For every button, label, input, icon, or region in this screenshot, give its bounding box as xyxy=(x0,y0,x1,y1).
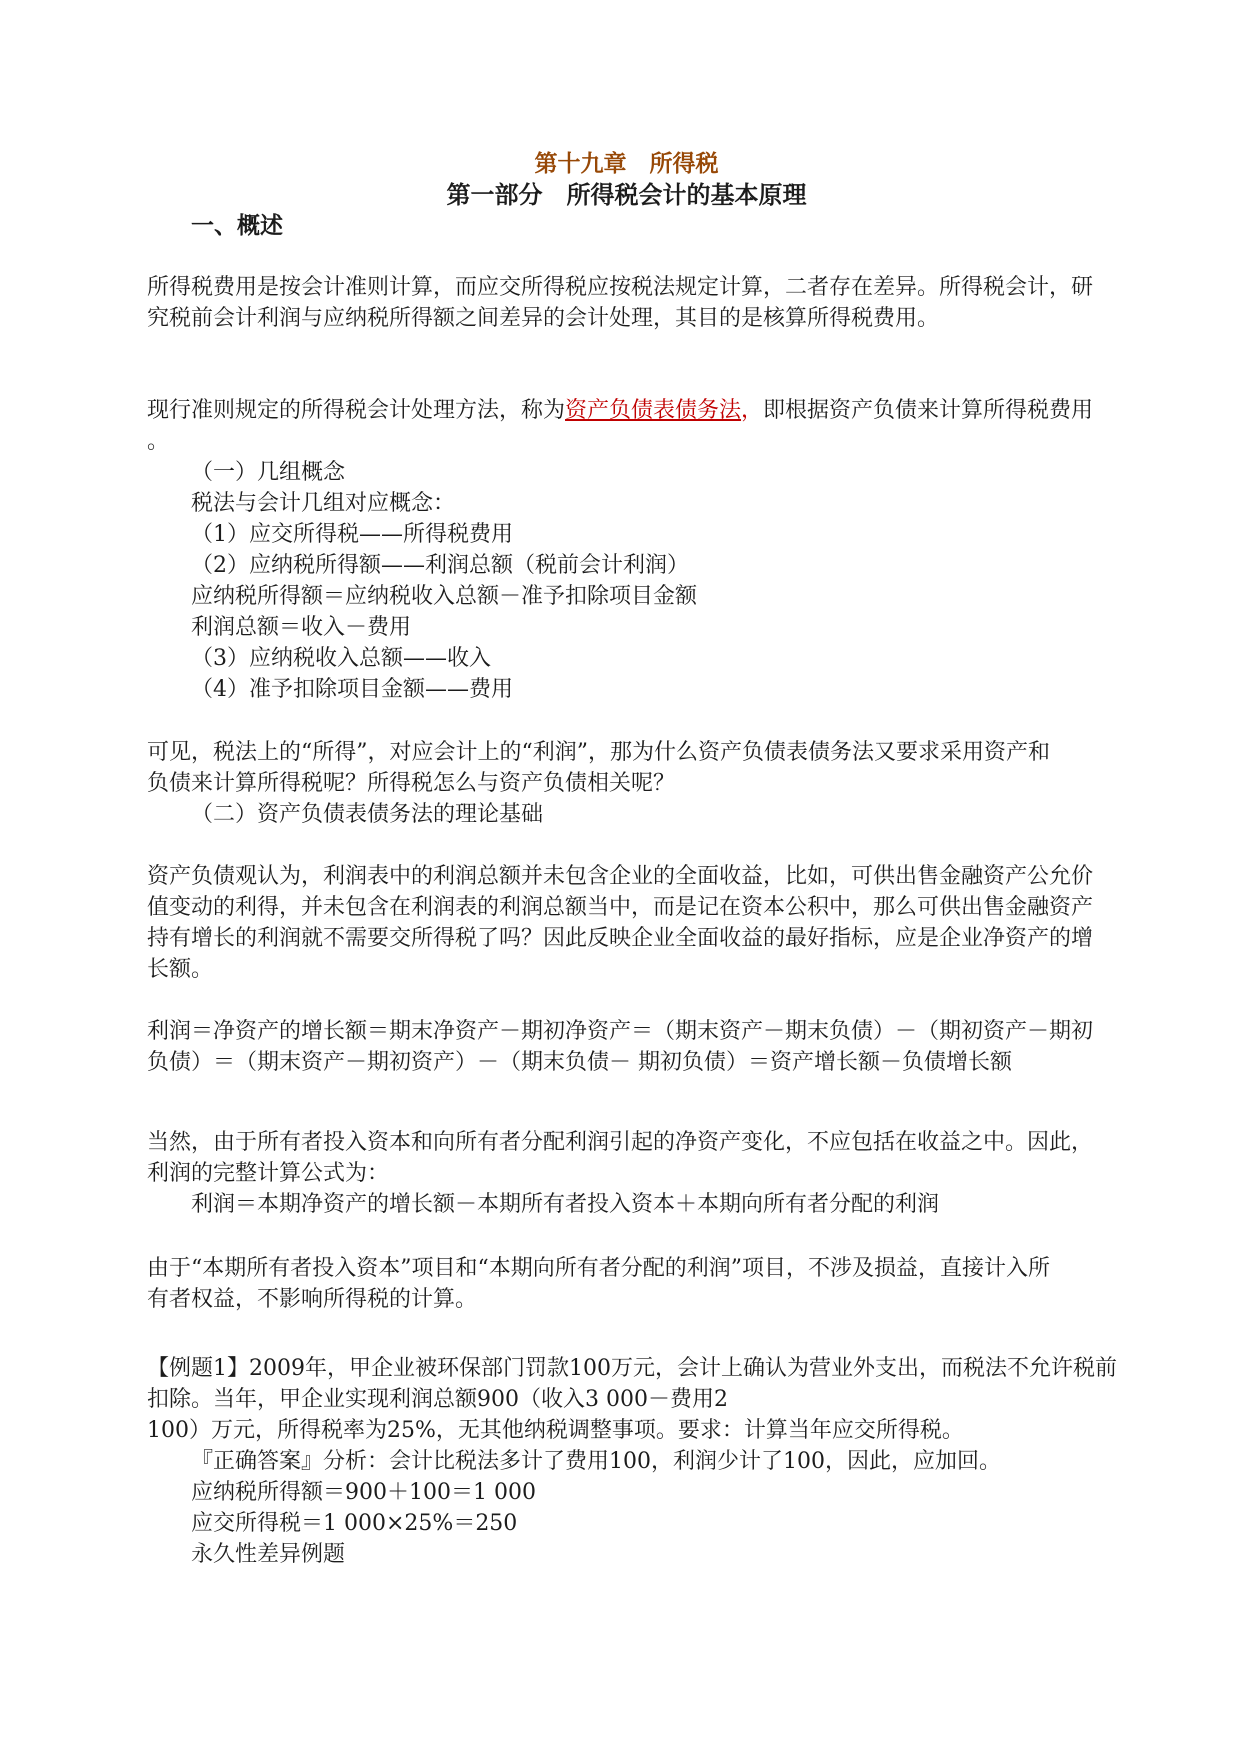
method-paragraph: 现行准则规定的所得税会计处理方法，称为资产负债表债务法，即根据资产负债来计算所得… xyxy=(147,395,1106,457)
text-line: （2）应纳税所得额——利润总额（税前会计利润） xyxy=(191,550,1106,581)
text-line: 『正确答案』分析：会计比税法多计了费用100，利润少计了100，因此，应加回。 xyxy=(191,1446,1106,1477)
owner-capital-paragraph: 当然，由于所有者投入资本和向所有者分配利润引起的净资产变化，不应包括在收益之中。… xyxy=(147,1127,1106,1220)
text-line: 应纳税所得额＝900＋100＝1 000 xyxy=(191,1477,1106,1508)
text-run: 税法与会计几组对应概念： xyxy=(191,491,455,516)
chapter-title: 第十九章 所得税 xyxy=(147,148,1106,179)
intro-paragraph: 所得税费用是按会计准则计算，而应交所得税应按税法规定计算，二者存在差异。所得税会… xyxy=(147,272,1106,334)
balance-sheet-liability-method-link: 资产负债表债务法 xyxy=(565,398,741,423)
example-1-paragraph: 【例题1】2009年，甲企业被环保部门罚款100万元，会计上确认为营业外支出，而… xyxy=(147,1353,1106,1570)
red-text: ， xyxy=(741,398,763,423)
question-paragraph: 可见，税法上的“所得”，对应会计上的“利润”，那为什么资产负债表债务法又要求采用… xyxy=(147,737,1106,830)
concepts-list: （一）几组概念税法与会计几组对应概念：（1）应交所得税——所得税费用（2）应纳税… xyxy=(147,457,1106,705)
text-line: 可见，税法上的“所得”，对应会计上的“利润”，那为什么资产负债表债务法又要求采用… xyxy=(147,737,1106,768)
text-line: 持有增长的利润就不需要交所得税了吗？因此反映企业全面收益的最好指标，应是企业净资… xyxy=(147,923,1106,954)
text-run: 负债）＝（期末资产－期初资产）－（期末负债－ 期初负债）＝资产增长额－负债增长额 xyxy=(147,1050,1012,1075)
text-run: （2）应纳税所得额——利润总额（税前会计利润） xyxy=(191,553,689,578)
text-run: 『正确答案』分析：会计比税法多计了费用100，利润少计了100，因此，应加回。 xyxy=(191,1449,1001,1474)
text-run: 当然，由于所有者投入资本和向所有者分配利润引起的净资产变化，不应包括在收益之中。… xyxy=(147,1130,1093,1155)
text-line: 利润＝本期净资产的增长额－本期所有者投入资本＋本期向所有者分配的利润 xyxy=(191,1189,1106,1220)
text-run: 应纳税所得额＝应纳税收入总额－准予扣除项目金额 xyxy=(191,584,697,609)
text-run: 100）万元，所得税率为25%，无其他纳税调整事项。要求：计算当年应交所得税。 xyxy=(147,1418,964,1443)
text-line: 负债）＝（期末资产－期初资产）－（期末负债－ 期初负债）＝资产增长额－负债增长额 xyxy=(147,1047,1106,1078)
owner-equity-paragraph: 由于“本期所有者投入资本”项目和“本期向所有者分配的利润”项目，不涉及损益，直接… xyxy=(147,1253,1106,1315)
text-run: 究税前会计利润与应纳税所得额之间差异的会计处理，其目的是核算所得税费用。 xyxy=(147,306,939,331)
text-run: 负债来计算所得税呢？所得税怎么与资产负债相关呢？ xyxy=(147,771,675,796)
text-run: 应纳税所得额＝900＋100＝1 000 xyxy=(191,1480,536,1505)
text-line: 所得税费用是按会计准则计算，而应交所得税应按税法规定计算，二者存在差异。所得税会… xyxy=(147,272,1106,303)
text-line: 100）万元，所得税率为25%，无其他纳税调整事项。要求：计算当年应交所得税。 xyxy=(147,1415,1106,1446)
section-heading-overview: 一、概述 xyxy=(191,210,1106,241)
text-run: 利润总额＝收入－费用 xyxy=(191,615,411,640)
text-run: 长额。 xyxy=(147,957,213,982)
document-page: 第十九章 所得税 第一部分 所得税会计的基本原理 一、概述 所得税费用是按会计准… xyxy=(0,0,1241,1755)
text-run: （二）资产负债表债务法的理论基础 xyxy=(191,802,543,827)
text-line: （3）应纳税收入总额——收入 xyxy=(191,643,1106,674)
text-line: 应交所得税＝1 000×25%＝250 xyxy=(191,1508,1106,1539)
text-run: 由于“本期所有者投入资本”项目和“本期向所有者分配的利润”项目，不涉及损益，直接… xyxy=(147,1256,1050,1281)
text-line: 由于“本期所有者投入资本”项目和“本期向所有者分配的利润”项目，不涉及损益，直接… xyxy=(147,1253,1106,1284)
text-line: 税法与会计几组对应概念： xyxy=(191,488,1106,519)
text-run: （1）应交所得税——所得税费用 xyxy=(191,522,513,547)
text-line: 当然，由于所有者投入资本和向所有者分配利润引起的净资产变化，不应包括在收益之中。… xyxy=(147,1127,1106,1158)
text-run: 应交所得税＝1 000×25%＝250 xyxy=(191,1511,517,1536)
text-line: （一）几组概念 xyxy=(191,457,1106,488)
text-line: 【例题1】2009年，甲企业被环保部门罚款100万元，会计上确认为营业外支出，而… xyxy=(147,1353,1106,1384)
text-run: 扣除。当年，甲企业实现利润总额900（收入3 000－费用2 xyxy=(147,1387,728,1412)
text-run: 利润的完整计算公式为： xyxy=(147,1161,389,1186)
text-line: 永久性差异例题 xyxy=(191,1539,1106,1570)
text-run: 持有增长的利润就不需要交所得税了吗？因此反映企业全面收益的最好指标，应是企业净资… xyxy=(147,926,1093,951)
text-line: 现行准则规定的所得税会计处理方法，称为资产负债表债务法，即根据资产负债来计算所得… xyxy=(147,395,1106,426)
text-run: （3）应纳税收入总额——收入 xyxy=(191,646,491,671)
text-line: 资产负债观认为，利润表中的利润总额并未包含企业的全面收益，比如，可供出售金融资产… xyxy=(147,861,1106,892)
text-run: 资产负债观认为，利润表中的利润总额并未包含企业的全面收益，比如，可供出售金融资产… xyxy=(147,864,1093,889)
text-run: 有者权益，不影响所得税的计算。 xyxy=(147,1287,477,1312)
text-run: 利润＝本期净资产的增长额－本期所有者投入资本＋本期向所有者分配的利润 xyxy=(191,1192,939,1217)
text-line: 利润＝净资产的增长额＝期末净资产－期初净资产＝（期末资产－期末负债）－（期初资产… xyxy=(147,1016,1106,1047)
text-run: 值变动的利得，并未包含在利润表的利润总额当中，而是记在资本公积中，那么可供出售金… xyxy=(147,895,1093,920)
text-line: 扣除。当年，甲企业实现利润总额900（收入3 000－费用2 xyxy=(147,1384,1106,1415)
text-line: 长额。 xyxy=(147,954,1106,985)
profit-formula-paragraph: 利润＝净资产的增长额＝期末净资产－期初净资产＝（期末资产－期末负债）－（期初资产… xyxy=(147,1016,1106,1078)
text-run: 【例题1】2009年，甲企业被环保部门罚款100万元，会计上确认为营业外支出，而… xyxy=(147,1356,1117,1381)
text-line: （二）资产负债表债务法的理论基础 xyxy=(191,799,1106,830)
text-line: 究税前会计利润与应纳税所得额之间差异的会计处理，其目的是核算所得税费用。 xyxy=(147,303,1106,334)
text-line: （1）应交所得税——所得税费用 xyxy=(191,519,1106,550)
text-run: 即根据资产负债来计算所得税费用 xyxy=(763,398,1093,423)
text-line: 利润的完整计算公式为： xyxy=(147,1158,1106,1189)
part-title: 第一部分 所得税会计的基本原理 xyxy=(147,179,1106,210)
text-run: 。 xyxy=(147,429,169,454)
text-line: 应纳税所得额＝应纳税收入总额－准予扣除项目金额 xyxy=(191,581,1106,612)
document-body: 所得税费用是按会计准则计算，而应交所得税应按税法规定计算，二者存在差异。所得税会… xyxy=(147,272,1106,1570)
text-run: （4）准予扣除项目金额——费用 xyxy=(191,677,513,702)
text-line: 。 xyxy=(147,426,1106,457)
text-run: 现行准则规定的所得税会计处理方法，称为 xyxy=(147,398,565,423)
text-run: （一）几组概念 xyxy=(191,460,345,485)
text-run: 所得税费用是按会计准则计算，而应交所得税应按税法规定计算，二者存在差异。所得税会… xyxy=(147,275,1093,300)
text-line: 负债来计算所得税呢？所得税怎么与资产负债相关呢？ xyxy=(147,768,1106,799)
text-line: 值变动的利得，并未包含在利润表的利润总额当中，而是记在资本公积中，那么可供出售金… xyxy=(147,892,1106,923)
text-line: （4）准予扣除项目金额——费用 xyxy=(191,674,1106,705)
text-run: 可见，税法上的“所得”，对应会计上的“利润”，那为什么资产负债表债务法又要求采用… xyxy=(147,740,1050,765)
balance-sheet-view-paragraph: 资产负债观认为，利润表中的利润总额并未包含企业的全面收益，比如，可供出售金融资产… xyxy=(147,861,1106,985)
text-run: 永久性差异例题 xyxy=(191,1542,345,1567)
text-line: 有者权益，不影响所得税的计算。 xyxy=(147,1284,1106,1315)
text-line: 利润总额＝收入－费用 xyxy=(191,612,1106,643)
text-run: 利润＝净资产的增长额＝期末净资产－期初净资产＝（期末资产－期末负债）－（期初资产… xyxy=(147,1019,1093,1044)
